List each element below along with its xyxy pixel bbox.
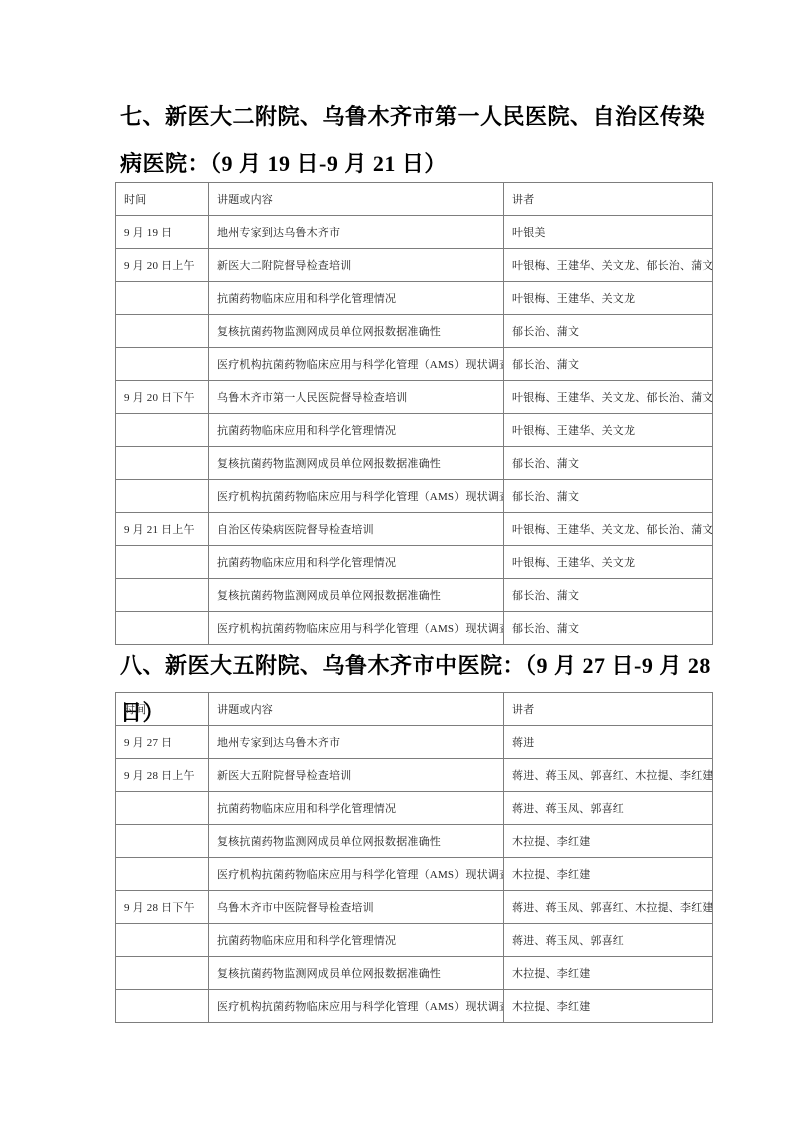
table-row: 抗菌药物临床应用和科学化管理情况蒋进、蒋玉凤、郭喜红	[116, 792, 713, 825]
column-header-time: 时间	[116, 183, 209, 216]
table-row: 9 月 28 日下午乌鲁木齐市中医院督导检查培训蒋进、蒋玉凤、郭喜红、木拉提、李…	[116, 891, 713, 924]
topic-cell: 医疗机构抗菌药物临床应用与科学化管理（AMS）现状调查	[209, 480, 504, 513]
speaker-cell: 蒋进、蒋玉凤、郭喜红	[504, 792, 713, 825]
table-body: 9 月 27 日地州专家到达乌鲁木齐市蒋进9 月 28 日上午新医大五附院督导检…	[116, 726, 713, 1023]
table-row: 复核抗菌药物监测网成员单位网报数据准确性郁长治、蒲文	[116, 579, 713, 612]
time-cell: 9 月 28 日上午	[116, 759, 209, 792]
speaker-cell: 叶银梅、王建华、关文龙、郁长治、蒲文	[504, 249, 713, 282]
table-row: 复核抗菌药物监测网成员单位网报数据准确性木拉提、李红建	[116, 957, 713, 990]
time-cell	[116, 414, 209, 447]
time-cell	[116, 924, 209, 957]
time-cell	[116, 282, 209, 315]
time-cell	[116, 858, 209, 891]
section-7-schedule-table: 时间讲题或内容讲者 9 月 19 日地州专家到达乌鲁木齐市叶银美9 月 20 日…	[115, 182, 713, 645]
table-row: 抗菌药物临床应用和科学化管理情况叶银梅、王建华、关文龙	[116, 546, 713, 579]
speaker-cell: 蒋进、蒋玉凤、郭喜红、木拉提、李红建	[504, 759, 713, 792]
speaker-cell: 叶银美	[504, 216, 713, 249]
topic-cell: 乌鲁木齐市第一人民医院督导检查培训	[209, 381, 504, 414]
speaker-cell: 郁长治、蒲文	[504, 480, 713, 513]
table-row: 9 月 27 日地州专家到达乌鲁木齐市蒋进	[116, 726, 713, 759]
topic-cell: 地州专家到达乌鲁木齐市	[209, 726, 504, 759]
table-row: 抗菌药物临床应用和科学化管理情况叶银梅、王建华、关文龙	[116, 282, 713, 315]
speaker-cell: 郁长治、蒲文	[504, 579, 713, 612]
table-row: 医疗机构抗菌药物临床应用与科学化管理（AMS）现状调查木拉提、李红建	[116, 858, 713, 891]
table-row: 复核抗菌药物监测网成员单位网报数据准确性郁长治、蒲文	[116, 447, 713, 480]
speaker-cell: 郁长治、蒲文	[504, 348, 713, 381]
table-row: 复核抗菌药物监测网成员单位网报数据准确性木拉提、李红建	[116, 825, 713, 858]
section-7-heading: 七、新医大二附院、乌鲁木齐市第一人民医院、自治区传染病医院：（9 月 19 日-…	[120, 93, 710, 187]
column-header-speaker: 讲者	[504, 693, 713, 726]
table-body: 9 月 19 日地州专家到达乌鲁木齐市叶银美9 月 20 日上午新医大二附院督导…	[116, 216, 713, 645]
speaker-cell: 郁长治、蒲文	[504, 447, 713, 480]
topic-cell: 医疗机构抗菌药物临床应用与科学化管理（AMS）现状调查	[209, 348, 504, 381]
speaker-cell: 叶银梅、王建华、关文龙	[504, 546, 713, 579]
topic-cell: 抗菌药物临床应用和科学化管理情况	[209, 792, 504, 825]
time-cell: 9 月 20 日下午	[116, 381, 209, 414]
table-row: 医疗机构抗菌药物临床应用与科学化管理（AMS）现状调查郁长治、蒲文	[116, 612, 713, 645]
speaker-cell: 叶银梅、王建华、关文龙、郁长治、蒲文	[504, 381, 713, 414]
table-row: 9 月 20 日下午乌鲁木齐市第一人民医院督导检查培训叶银梅、王建华、关文龙、郁…	[116, 381, 713, 414]
speaker-cell: 叶银梅、王建华、关文龙	[504, 282, 713, 315]
topic-cell: 复核抗菌药物监测网成员单位网报数据准确性	[209, 825, 504, 858]
speaker-cell: 蒋进	[504, 726, 713, 759]
topic-cell: 地州专家到达乌鲁木齐市	[209, 216, 504, 249]
topic-cell: 乌鲁木齐市中医院督导检查培训	[209, 891, 504, 924]
topic-cell: 医疗机构抗菌药物临床应用与科学化管理（AMS）现状调查	[209, 612, 504, 645]
speaker-cell: 木拉提、李红建	[504, 825, 713, 858]
speaker-cell: 蒋进、蒋玉凤、郭喜红	[504, 924, 713, 957]
topic-cell: 医疗机构抗菌药物临床应用与科学化管理（AMS）现状调查	[209, 990, 504, 1023]
time-cell	[116, 579, 209, 612]
time-cell: 9 月 19 日	[116, 216, 209, 249]
time-cell	[116, 480, 209, 513]
time-cell: 9 月 20 日上午	[116, 249, 209, 282]
time-cell	[116, 447, 209, 480]
topic-cell: 复核抗菌药物监测网成员单位网报数据准确性	[209, 447, 504, 480]
table-row: 医疗机构抗菌药物临床应用与科学化管理（AMS）现状调查木拉提、李红建	[116, 990, 713, 1023]
time-cell	[116, 792, 209, 825]
topic-cell: 抗菌药物临床应用和科学化管理情况	[209, 924, 504, 957]
column-header-topic: 讲题或内容	[209, 183, 504, 216]
time-cell	[116, 348, 209, 381]
topic-cell: 抗菌药物临床应用和科学化管理情况	[209, 414, 504, 447]
table-row: 9 月 28 日上午新医大五附院督导检查培训蒋进、蒋玉凤、郭喜红、木拉提、李红建	[116, 759, 713, 792]
topic-cell: 医疗机构抗菌药物临床应用与科学化管理（AMS）现状调查	[209, 858, 504, 891]
table-row: 9 月 21 日上午自治区传染病医院督导检查培训叶银梅、王建华、关文龙、郁长治、…	[116, 513, 713, 546]
table-row: 复核抗菌药物监测网成员单位网报数据准确性郁长治、蒲文	[116, 315, 713, 348]
speaker-cell: 木拉提、李红建	[504, 990, 713, 1023]
topic-cell: 自治区传染病医院督导检查培训	[209, 513, 504, 546]
time-cell	[116, 825, 209, 858]
column-header-time: 时间	[116, 693, 209, 726]
table-row: 9 月 19 日地州专家到达乌鲁木齐市叶银美	[116, 216, 713, 249]
topic-cell: 复核抗菌药物监测网成员单位网报数据准确性	[209, 957, 504, 990]
column-header-speaker: 讲者	[504, 183, 713, 216]
speaker-cell: 木拉提、李红建	[504, 957, 713, 990]
table-row: 抗菌药物临床应用和科学化管理情况叶银梅、王建华、关文龙	[116, 414, 713, 447]
speaker-cell: 叶银梅、王建华、关文龙、郁长治、蒲文	[504, 513, 713, 546]
topic-cell: 新医大二附院督导检查培训	[209, 249, 504, 282]
topic-cell: 复核抗菌药物监测网成员单位网报数据准确性	[209, 579, 504, 612]
time-cell	[116, 612, 209, 645]
table-row: 抗菌药物临床应用和科学化管理情况蒋进、蒋玉凤、郭喜红	[116, 924, 713, 957]
topic-cell: 复核抗菌药物监测网成员单位网报数据准确性	[209, 315, 504, 348]
section-8-schedule-table: 时间讲题或内容讲者 9 月 27 日地州专家到达乌鲁木齐市蒋进9 月 28 日上…	[115, 692, 713, 1023]
table-row: 9 月 20 日上午新医大二附院督导检查培训叶银梅、王建华、关文龙、郁长治、蒲文	[116, 249, 713, 282]
topic-cell: 抗菌药物临床应用和科学化管理情况	[209, 546, 504, 579]
speaker-cell: 叶银梅、王建华、关文龙	[504, 414, 713, 447]
speaker-cell: 郁长治、蒲文	[504, 612, 713, 645]
column-header-topic: 讲题或内容	[209, 693, 504, 726]
table-row: 医疗机构抗菌药物临床应用与科学化管理（AMS）现状调查郁长治、蒲文	[116, 480, 713, 513]
topic-cell: 新医大五附院督导检查培训	[209, 759, 504, 792]
table-header-row: 时间讲题或内容讲者	[116, 693, 713, 726]
document-page: 七、新医大二附院、乌鲁木齐市第一人民医院、自治区传染病医院：（9 月 19 日-…	[0, 0, 800, 1131]
table-row: 医疗机构抗菌药物临床应用与科学化管理（AMS）现状调查郁长治、蒲文	[116, 348, 713, 381]
speaker-cell: 蒋进、蒋玉凤、郭喜红、木拉提、李红建	[504, 891, 713, 924]
time-cell	[116, 315, 209, 348]
speaker-cell: 郁长治、蒲文	[504, 315, 713, 348]
speaker-cell: 木拉提、李红建	[504, 858, 713, 891]
time-cell	[116, 957, 209, 990]
topic-cell: 抗菌药物临床应用和科学化管理情况	[209, 282, 504, 315]
time-cell	[116, 990, 209, 1023]
time-cell	[116, 546, 209, 579]
time-cell: 9 月 27 日	[116, 726, 209, 759]
table-header-row: 时间讲题或内容讲者	[116, 183, 713, 216]
time-cell: 9 月 28 日下午	[116, 891, 209, 924]
time-cell: 9 月 21 日上午	[116, 513, 209, 546]
